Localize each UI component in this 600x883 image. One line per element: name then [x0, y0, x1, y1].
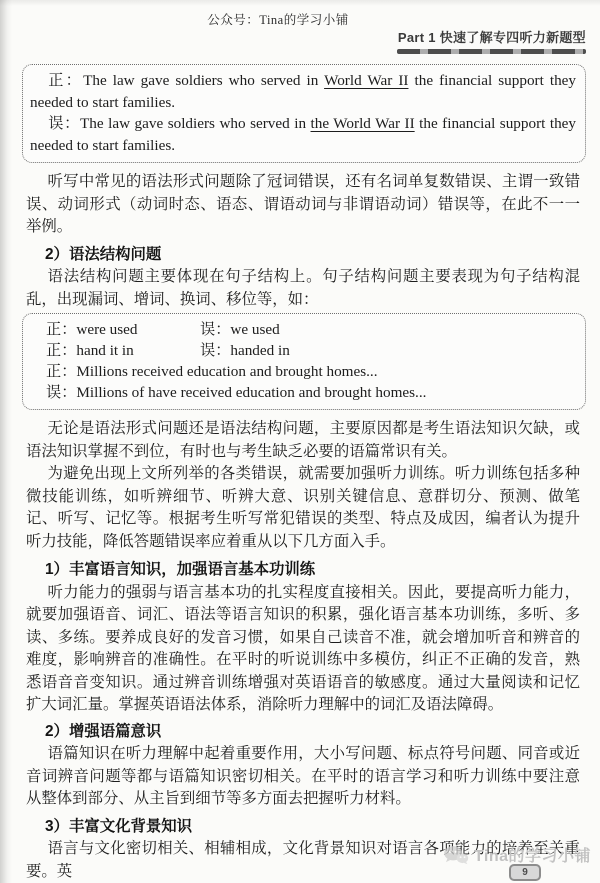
- heading-discourse-awareness: 2）增强语篇意识: [26, 721, 580, 744]
- wrong-label: 误：: [48, 115, 80, 132]
- correct-label: 正：: [48, 72, 83, 89]
- example-box-structure-errors: 正：were used误：we used 正：hand it in误：hande…: [22, 313, 586, 410]
- example-row: 正：were used误：we used: [30, 319, 576, 340]
- wechat-icon: [443, 845, 469, 865]
- paragraph-training-overview: 为避免出现上文所列举的各类错误，就需要加强听力训练。听力训练包括多种微技能训练，…: [26, 463, 580, 553]
- example-row: 正：Millions received education and brough…: [30, 361, 576, 382]
- underlined-phrase: the World War II: [311, 115, 415, 132]
- page-content: 正：The law gave soldiers who served in Wo…: [0, 64, 600, 883]
- example-correct-sentence: 正：The law gave soldiers who served in Wo…: [30, 70, 576, 113]
- example-row: 误：Millions of have received education an…: [30, 382, 576, 403]
- paragraph-sentence-structure: 语法结构问题主要体现在句子结构上。句子结构问题主要表现为句子结构混乱，出现漏词、…: [26, 266, 580, 311]
- header-watermark: 公众号：Tina的学习小铺: [0, 10, 556, 28]
- part-title: Part 1 快速了解专四听力新题型: [397, 27, 586, 46]
- footer-brand-text: Tina的学习小铺: [474, 843, 591, 866]
- example-wrong-sentence: 误：The law gave soldiers who served in th…: [30, 113, 576, 156]
- scanned-book-page: 公众号：Tina的学习小铺 Part 1 快速了解专四听力新题型 正：The l…: [0, 0, 600, 883]
- paragraph-discourse-knowledge: 语篇知识在听力理解中起着重要作用，大小写问题、标点符号问题、同音或近音词辨音问题…: [26, 743, 580, 811]
- part-header: Part 1 快速了解专四听力新题型: [397, 27, 586, 54]
- example-box-article-error: 正：The law gave soldiers who served in Wo…: [22, 64, 586, 163]
- page-number-badge: 9: [509, 864, 541, 881]
- underlined-phrase: World War II: [324, 72, 408, 89]
- example-row: 正：hand it in误：handed in: [30, 340, 576, 361]
- heading-grammar-structure: 2）语法结构问题: [26, 244, 580, 267]
- part-title-underline-bar: [397, 49, 586, 54]
- paragraph-language-fundamentals: 听力能力的强弱与语言基本功的扎实程度直接相关。因此，要提高听力能力，就要加强语音…: [26, 582, 580, 717]
- paragraph-grammar-form-errors: 听写中常见的语法形式问题除了冠词错误，还有名词单复数错误、主谓一致错误、动词形式…: [26, 171, 580, 239]
- heading-enrich-language-knowledge: 1）丰富语言知识，加强语言基本功训练: [26, 559, 580, 582]
- paragraph-error-causes: 无论是语法形式问题还是语法结构问题，主要原因都是考生语法知识欠缺，或语法知识掌握…: [26, 418, 580, 463]
- footer-brand-row: Tina的学习小铺: [443, 843, 591, 866]
- scan-top-shade: [0, 0, 600, 6]
- heading-cultural-background: 3）丰富文化背景知识: [26, 816, 580, 839]
